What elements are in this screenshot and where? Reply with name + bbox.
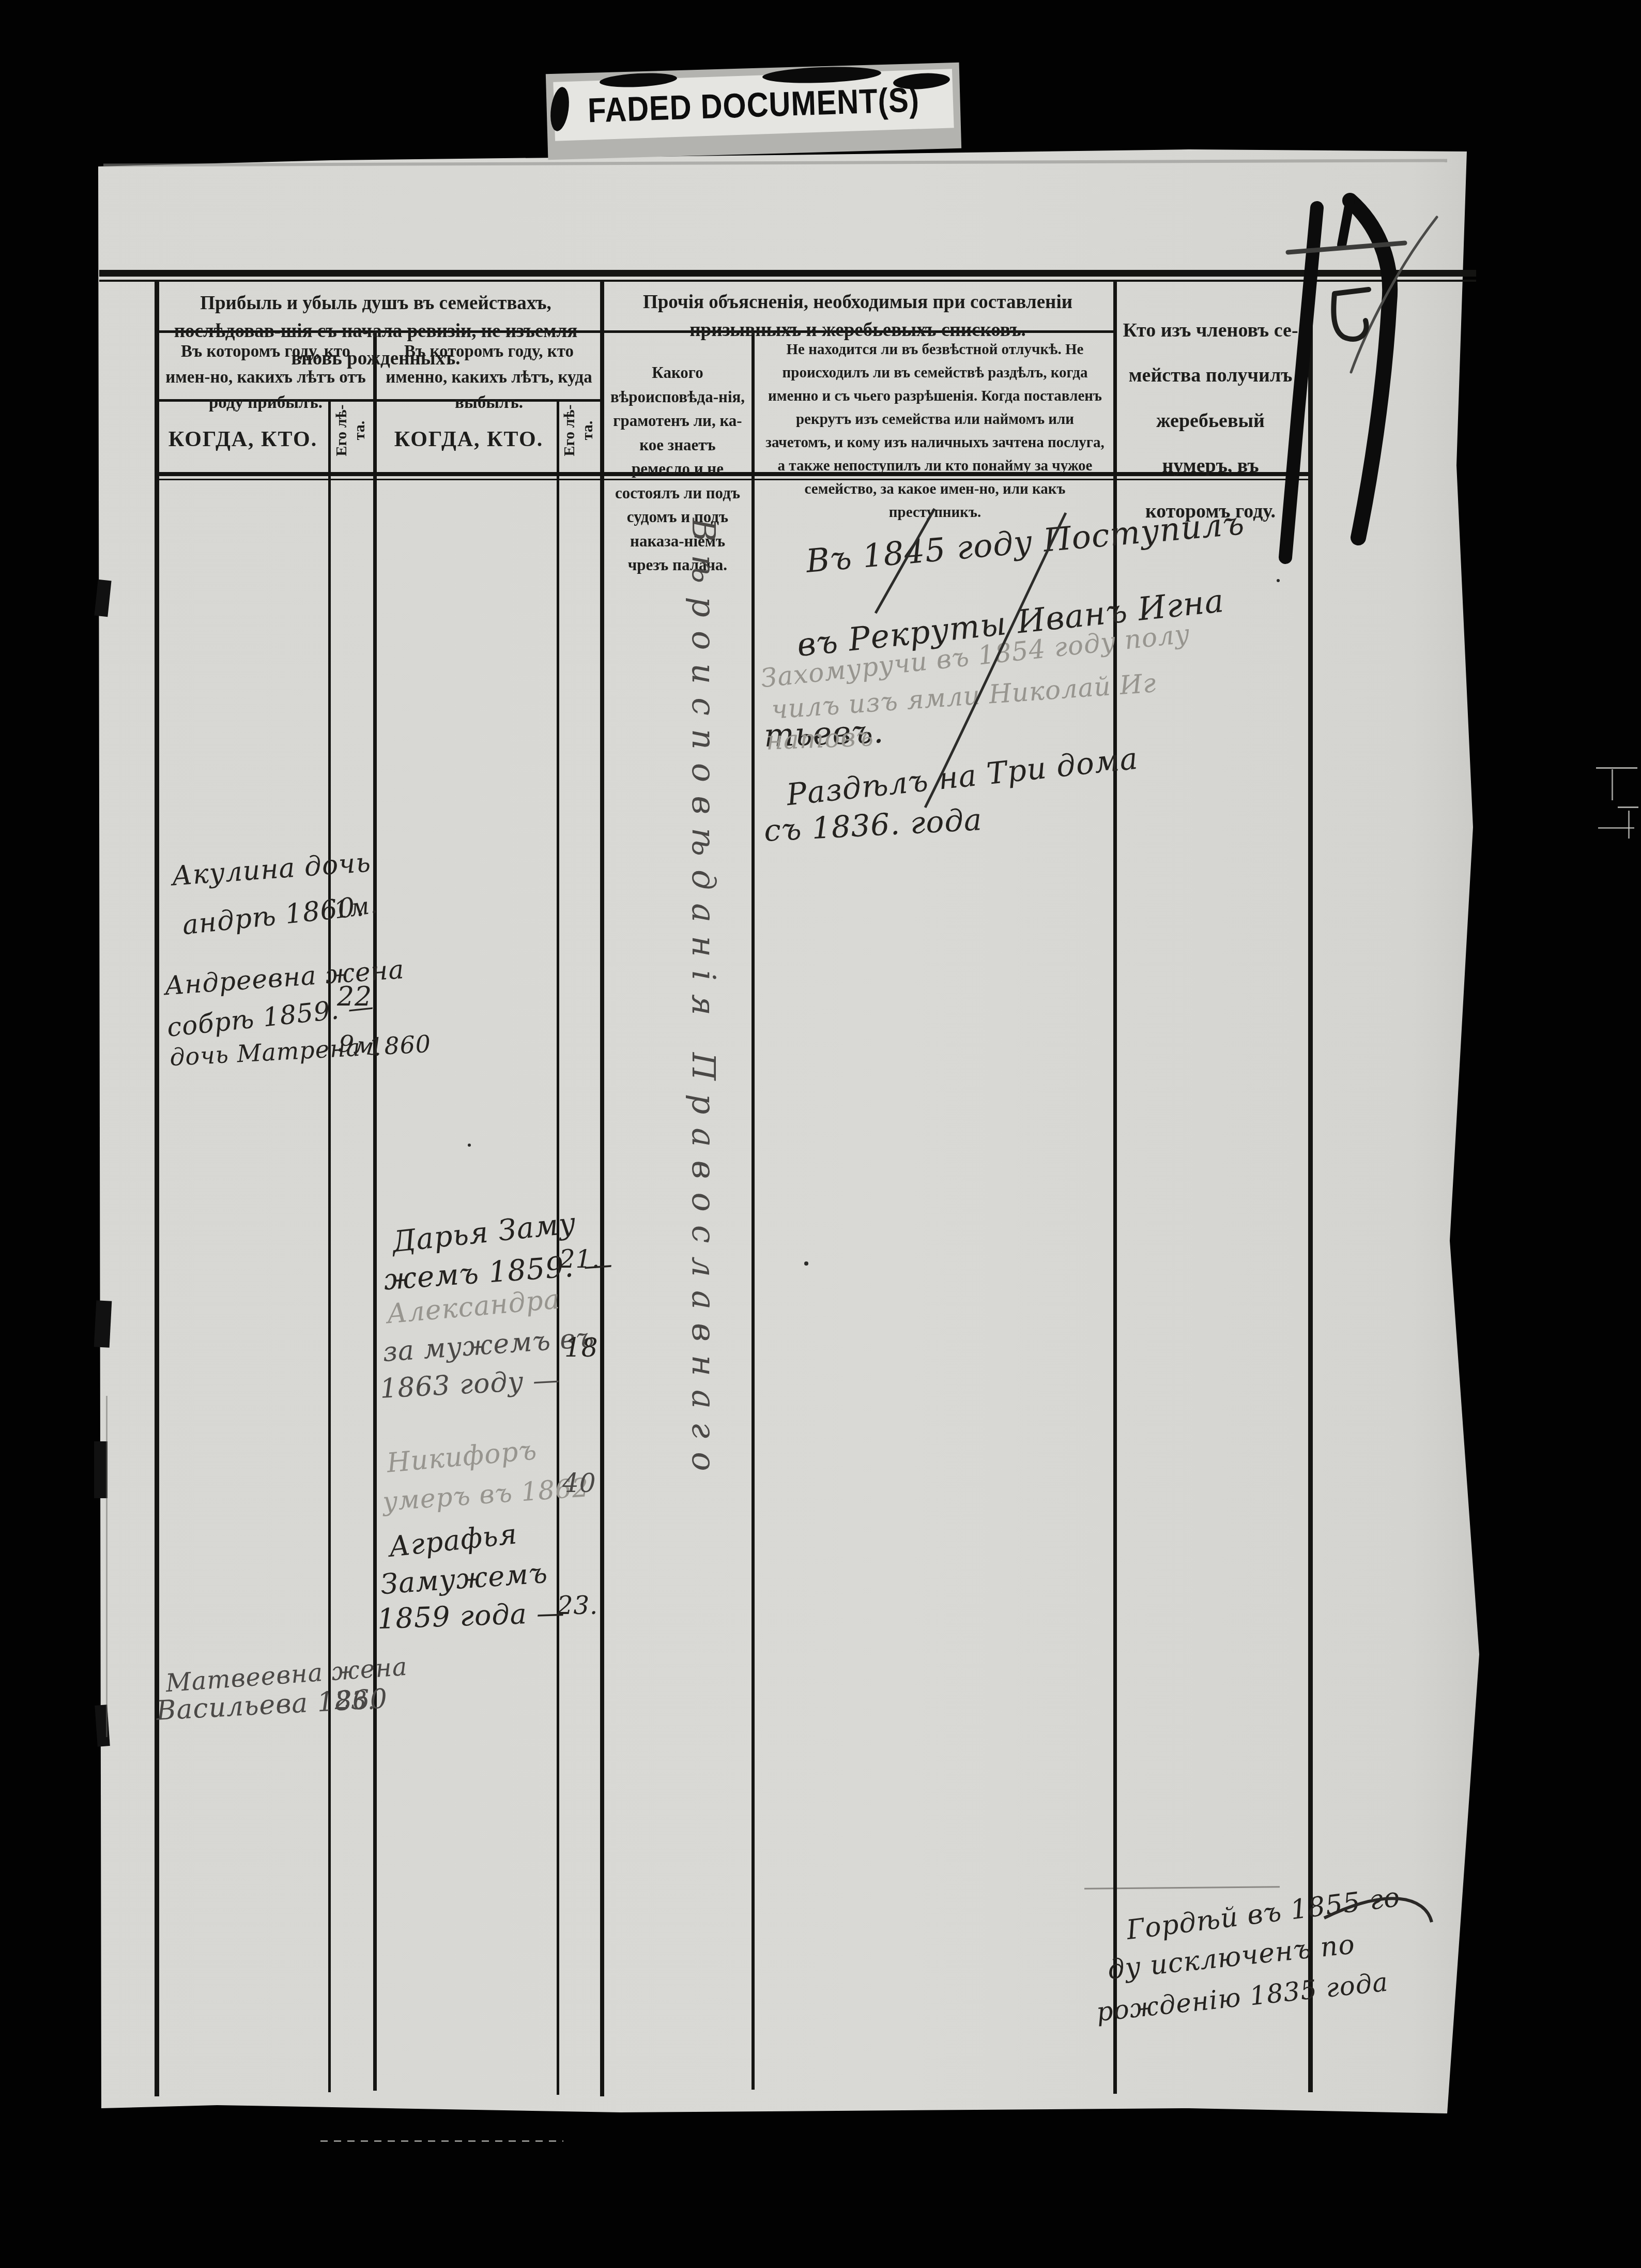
crossout-strokes	[876, 509, 1066, 808]
scan-canvas: FADED DOCUMENT(S) Прибыль и убыль душъ в…	[0, 0, 1641, 2268]
ink-strokes-overlay	[0, 0, 1641, 2268]
flourish-stroke	[1324, 1898, 1432, 1922]
page-number-mark	[1285, 201, 1437, 557]
